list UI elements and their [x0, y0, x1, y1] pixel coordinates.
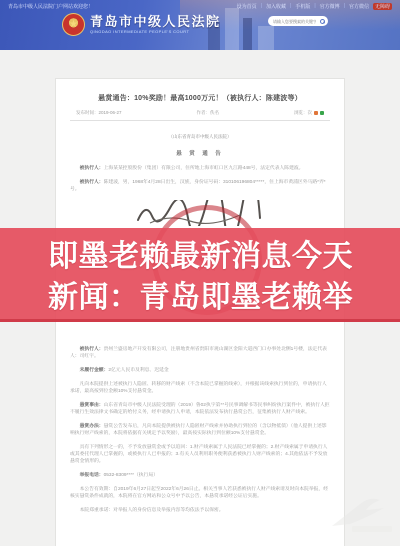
- top-link[interactable]: 加入收藏: [266, 3, 286, 10]
- court-name-en: QINGDAO INTERMEDIATE PEOPLE'S COURT: [90, 30, 221, 34]
- article-title: 悬赏通告：10%奖励！最高1000万元！（被执行人：陈建波等）: [70, 93, 330, 103]
- watermark-logo: [326, 486, 398, 538]
- article-author: 作者：佚名: [197, 110, 220, 116]
- search-icon[interactable]: [320, 19, 325, 24]
- top-link-separator: |: [314, 3, 315, 9]
- headline-line1: 即墨老赖最新消息今天: [48, 236, 400, 277]
- top-link-separator: |: [261, 3, 262, 9]
- print-icon[interactable]: [314, 111, 318, 115]
- meta-divider: [70, 120, 330, 121]
- welcome-text: 青岛市中级人民法院门户网站欢迎您！: [8, 3, 93, 10]
- site-banner: 青岛市中级人民法院门户网站欢迎您！ 设为首页|加入收藏|手机版|官方微博|官方微…: [0, 0, 400, 50]
- banner-building: [258, 26, 274, 50]
- banner-building: [225, 8, 239, 50]
- court-name: 青岛市中级人民法院: [90, 15, 221, 29]
- top-links: 设为首页|加入收藏|手机版|官方微博|官方微信无障碍: [237, 3, 392, 10]
- headline-line2: 新闻：青岛即墨老赖举: [48, 277, 400, 318]
- headline-overlay: 即墨老赖最新消息今天 新闻：青岛即墨老赖举: [0, 228, 400, 322]
- doc-paragraphs-top: 被执行人：上海某某控股股份（集团）有限公司，住所地上海市虹口区九江路448号，法…: [70, 165, 330, 193]
- top-link[interactable]: 官方微博: [320, 3, 340, 10]
- doc-paragraph: 被执行人：贵州兰盛房地产开发有限公司，注册地贵州省贵阳市观山湖区金阳大道西门口办…: [70, 346, 330, 360]
- doc-paragraph: 本院郑重承诺：对举报人的身份信息及举报内容等均依法予以保密。: [70, 507, 330, 514]
- search-input[interactable]: [271, 18, 318, 25]
- top-link-separator: |: [290, 3, 291, 9]
- doc-paragraph: 凡向本院提供上述被执行人隐匿、转移的财产线索（不含本院已掌握的线索），并根据该线…: [70, 381, 330, 395]
- article-meta: 发布时间：2019-06-27 作者：佚名 浏览：次: [76, 110, 324, 116]
- brand-row: ★ 青岛市中级人民法院 QINGDAO INTERMEDIATE PEOPLE'…: [62, 13, 221, 36]
- doc-paragraph: 未履行金额：2亿元人民币及利息、迟延金: [70, 367, 330, 374]
- search-box[interactable]: [268, 16, 328, 26]
- page-body: 悬赏通告：10%奖励！最高1000万元！（被执行人：陈建波等） 发布时间：201…: [0, 50, 400, 546]
- top-bar: 青岛市中级人民法院门户网站欢迎您！ 设为首页|加入收藏|手机版|官方微博|官方微…: [0, 1, 400, 11]
- view-count: 浏览：次: [294, 110, 312, 116]
- court-emblem-icon: ★: [62, 13, 85, 36]
- share-icon[interactable]: [320, 111, 324, 115]
- source-line: （山东省青岛市中级人民法院）: [70, 134, 330, 140]
- top-link-highlight[interactable]: 无障碍: [373, 3, 392, 10]
- page: 青岛市中级人民法院门户网站欢迎您！ 设为首页|加入收藏|手机版|官方微博|官方微…: [0, 0, 400, 546]
- doc-heading: 悬 赏 通 告: [70, 149, 330, 157]
- top-link-separator: |: [344, 3, 345, 9]
- top-link[interactable]: 设为首页: [237, 3, 257, 10]
- doc-paragraph: 被执行人：陈建波，男，1968年4月28日出生，汉族，身份证号码：3101061…: [70, 179, 330, 193]
- doc-paragraph: 悬赏办法：悬赏公告发布后，凡向本院提供被执行人隐匿财产线索并协助执行到位的（含以…: [70, 423, 330, 437]
- doc-paragraphs-bottom: 被执行人：贵州兰盛房地产开发有限公司，注册地贵州省贵阳市观山湖区金阳大道西门口办…: [70, 346, 330, 514]
- publish-time: 发布时间：2019-06-27: [76, 110, 122, 116]
- doc-paragraph: 举报电话：0532-8309****（执行局）: [70, 472, 330, 479]
- doc-paragraph: 被执行人：上海某某控股股份（集团）有限公司，住所地上海市虹口区九江路448号，法…: [70, 165, 330, 172]
- top-link[interactable]: 手机版: [295, 3, 310, 10]
- doc-paragraph: 悬赏事由：山东省青岛市中级人民法院受理的（2019）鲁02执字第**号民事调解书…: [70, 402, 330, 416]
- doc-paragraph: 本公告有效期：自2019年6月27日起至2022年6月26日止。相关当事人若获悉…: [70, 486, 330, 500]
- doc-paragraph: 具有下列情形之一的，不予发放悬赏金或予以追回：1.财产线索属于人民法院已经掌握的…: [70, 444, 330, 465]
- banner-building: [243, 18, 252, 50]
- top-link[interactable]: 官方微信: [349, 3, 369, 10]
